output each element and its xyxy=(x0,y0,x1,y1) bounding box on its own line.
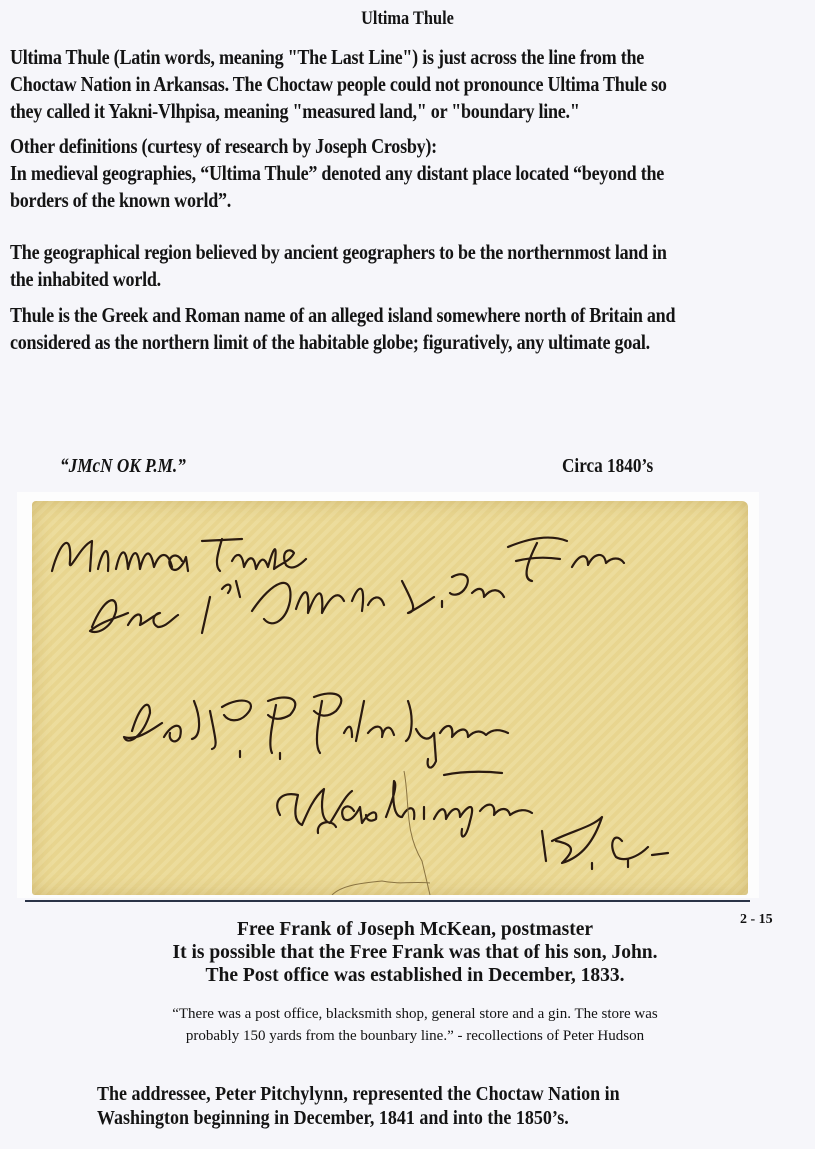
definitions-paragraph: Other definitions (curtesy of research b… xyxy=(10,133,806,214)
addressee-note: The addressee, Peter Pitchylynn, represe… xyxy=(97,1082,745,1130)
postmark-label: “JMcN OK P.M.” xyxy=(60,455,186,478)
text-line: The geographical region believed by anci… xyxy=(10,239,806,266)
quote-line: probably 150 yards from the bounbary lin… xyxy=(100,1025,730,1047)
page-number: 2 - 15 xyxy=(740,912,773,928)
thule-paragraph: Thule is the Greek and Roman name of an … xyxy=(10,302,806,356)
text-line: they called it Yakni-Vlhpisa, meaning "m… xyxy=(10,98,806,125)
text-line: In medieval geographies, “Ultima Thule” … xyxy=(10,160,806,187)
hudson-quote: “There was a post office, blacksmith sho… xyxy=(100,1003,730,1047)
caption-line: It is possible that the Free Frank was t… xyxy=(150,941,680,964)
date-label: Circa 1840’s xyxy=(562,455,653,478)
text-line: the inhabited world. xyxy=(10,266,806,293)
caption-line: The Post office was established in Decem… xyxy=(150,964,680,987)
caption-line: Free Frank of Joseph McKean, postmaster xyxy=(150,918,680,941)
geography-paragraph: The geographical region believed by anci… xyxy=(10,239,806,293)
page-title: Ultima Thule xyxy=(57,8,758,30)
text-line: Other definitions (curtesy of research b… xyxy=(10,133,806,160)
intro-paragraph: Ultima Thule (Latin words, meaning "The … xyxy=(10,44,806,125)
text-line: Washington beginning in December, 1841 a… xyxy=(97,1106,745,1130)
text-line: Thule is the Greek and Roman name of an … xyxy=(10,302,806,329)
text-line: Choctaw Nation in Arkansas. The Choctaw … xyxy=(10,71,806,98)
manuscript-handwriting-icon xyxy=(32,501,748,895)
text-line: Ultima Thule (Latin words, meaning "The … xyxy=(10,44,806,71)
envelope-image xyxy=(32,501,748,895)
text-line: borders of the known world”. xyxy=(10,187,806,214)
text-line: considered as the northern limit of the … xyxy=(10,329,806,356)
text-line: The addressee, Peter Pitchylynn, represe… xyxy=(97,1082,745,1106)
caption-block: Free Frank of Joseph McKean, postmaster … xyxy=(150,918,680,987)
quote-line: “There was a post office, blacksmith sho… xyxy=(100,1003,730,1025)
divider-rule xyxy=(25,900,750,902)
